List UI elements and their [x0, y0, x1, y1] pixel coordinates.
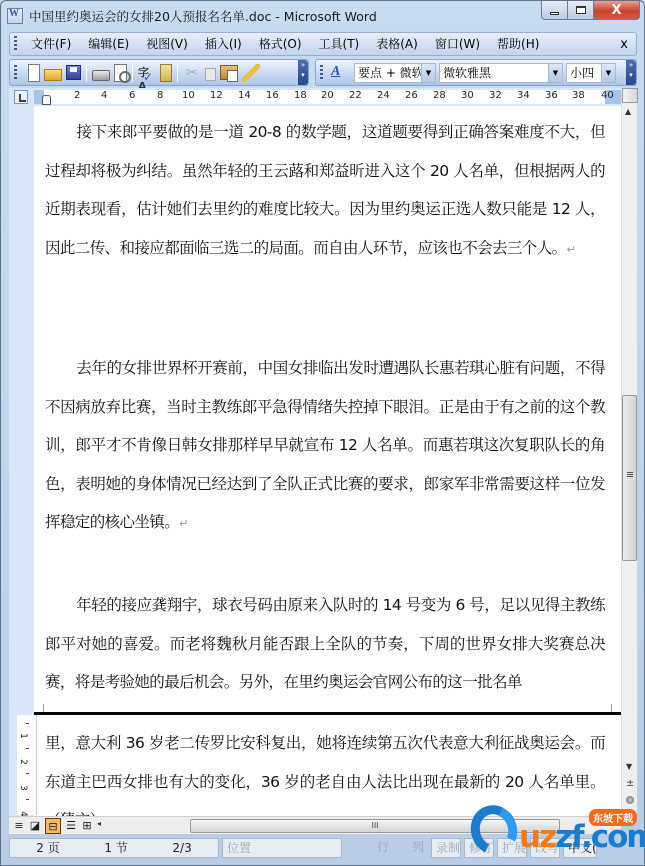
ruler-number: 22	[349, 90, 362, 101]
menu-help[interactable]: 帮助(H)	[489, 34, 548, 54]
title-bar: 中国里约奥运会的女排20人预报名名单.doc - Microsoft Word …	[1, 1, 644, 31]
document-page[interactable]: 接下来郎平要做的是一道 20-8 的数学题，这道题要得到正确答案难度不大，但过程…	[34, 106, 621, 816]
ruler-number: 24	[377, 90, 390, 101]
ruler-number: 12	[210, 90, 223, 101]
scroll-down-icon[interactable]: ▼	[626, 762, 632, 771]
menu-bar: 文件(F) 编辑(E) 视图(V) 插入(I) 格式(O) 工具(T) 表格(A…	[9, 32, 637, 56]
status-position: 位置	[222, 838, 342, 858]
styles-formatting-icon[interactable]: A	[331, 64, 349, 82]
vertical-scrollbar[interactable]: ▲ ▼ ± ▾	[621, 88, 637, 816]
toolbar-options-chevron[interactable]: »▾	[298, 60, 308, 85]
paragraph-mark: ↵	[567, 243, 576, 256]
ruler-number: 4	[101, 90, 107, 101]
font-size-value: 小四	[567, 64, 594, 81]
next-page-icon[interactable]: ▾	[626, 809, 630, 818]
split-box[interactable]	[622, 88, 638, 103]
font-combo[interactable]: 微软雅黑 ▼	[439, 63, 563, 83]
vertical-ruler[interactable]: 1 2 3 4	[17, 715, 37, 815]
page-break-line	[34, 712, 621, 715]
normal-view-button[interactable]: ≡	[11, 818, 27, 834]
print-icon[interactable]	[92, 70, 110, 81]
status-page-info: 2 页 1 节 2/3	[9, 838, 219, 858]
close-document-button[interactable]: x	[620, 37, 628, 52]
web-layout-view-button[interactable]: ◪	[27, 818, 43, 834]
status-track-changes[interactable]: 修订	[464, 838, 494, 858]
font-size-combo[interactable]: 小四 ▼	[566, 63, 616, 83]
horizontal-ruler[interactable]: 2 4 6 8 10 12 14 16 18 20 22 24 26 28 30…	[9, 88, 621, 106]
ruler-number: 34	[517, 90, 530, 101]
font-value: 微软雅黑	[440, 64, 491, 81]
paragraph[interactable]: 年轻的接应龚翔宇，球衣号码由原来入队时的 14 号变为 6 号，足以见得主教练郎…	[45, 586, 605, 704]
paragraph-text: 去年的女排世界杯开赛前，中国女排临出发时遭遇队长惠若琪心脏有问题，不得不因病放弃…	[45, 359, 605, 531]
ruler-tick	[26, 799, 29, 800]
ruler-number: 18	[294, 90, 307, 101]
research-icon[interactable]	[160, 64, 172, 82]
status-page: 2 页	[36, 839, 59, 857]
new-document-icon[interactable]	[28, 64, 40, 82]
paragraph-text: 年轻的接应龚翔宇，球衣号码由原来入队时的 14 号变为 6 号，足以见得主教练郎…	[45, 596, 605, 691]
minimize-button[interactable]	[541, 1, 568, 20]
toolbar-separator	[177, 64, 178, 82]
ruler-number: 10	[182, 90, 195, 101]
paragraph-mark: ↵	[179, 517, 188, 530]
status-column: 列	[396, 838, 428, 858]
status-extend[interactable]: 扩展	[497, 838, 527, 858]
status-line: 行	[345, 838, 393, 858]
toolbar-options-chevron[interactable]: »▾	[626, 60, 636, 85]
paragraph-text: 接下来郎平要做的是一道 20-8 的数学题，这道题要得到正确答案难度不大，但过程…	[45, 123, 605, 257]
vertical-scroll-thumb[interactable]	[622, 395, 637, 561]
ruler-tick	[26, 723, 29, 724]
open-folder-icon[interactable]	[44, 69, 62, 81]
word-window: 中国里约奥运会的女排20人预报名名单.doc - Microsoft Word …	[0, 0, 645, 866]
status-record-macro[interactable]: 录制	[431, 838, 461, 858]
ruler-tick	[26, 773, 29, 774]
status-page-count: 2/3	[172, 839, 191, 857]
maximize-button[interactable]	[568, 1, 594, 20]
menu-file[interactable]: 文件(F)	[23, 34, 80, 54]
cut-icon[interactable]: ✂	[183, 64, 201, 82]
spelling-icon[interactable]: 字A	[138, 64, 156, 82]
view-and-hscroll-bar: ≡ ◪ ⊟ ☰ ⊞ ◂ III	[9, 816, 621, 834]
chevron-down-icon[interactable]: ▼	[421, 64, 435, 82]
toolbar-row: 字A ✂ »▾ A 要点 + 微软 ▼ 微软雅黑 ▼ 小四 ▼ »	[9, 59, 637, 87]
print-preview-icon[interactable]	[114, 64, 127, 82]
ruler-number: 26	[405, 90, 418, 101]
ruler-number: 16	[266, 90, 279, 101]
menu-window[interactable]: 窗口(W)	[427, 34, 489, 54]
ruler-number: 30	[461, 90, 474, 101]
previous-page-icon[interactable]: ±	[626, 778, 634, 789]
chevron-down-icon[interactable]: ▼	[601, 64, 615, 82]
horizontal-scroll-thumb[interactable]: III	[190, 819, 560, 833]
ruler-number: 40	[601, 90, 614, 101]
maximize-icon	[576, 6, 586, 14]
minimize-icon	[550, 12, 559, 15]
menu-table[interactable]: 表格(A)	[368, 34, 427, 54]
toolbar-separator	[86, 64, 87, 82]
scroll-left-icon[interactable]: ◂	[97, 819, 101, 828]
ruler-number: 6	[129, 90, 135, 101]
toolbar-separator	[132, 64, 133, 82]
menubar-grip[interactable]	[14, 36, 17, 52]
tab-selector-icon[interactable]	[14, 90, 28, 104]
status-section: 1 节	[104, 839, 127, 857]
reading-layout-view-button[interactable]: ⊞	[79, 818, 95, 834]
style-value: 要点 + 微软	[355, 64, 424, 81]
left-indent-marker[interactable]	[42, 95, 51, 105]
ruler-tick	[26, 748, 29, 749]
menu-format[interactable]: 格式(O)	[251, 34, 311, 54]
ruler-number: 32	[489, 90, 502, 101]
menu-edit[interactable]: 编辑(E)	[80, 34, 138, 54]
scroll-up-icon[interactable]: ▲	[625, 107, 631, 116]
select-browse-object-icon[interactable]	[626, 796, 634, 804]
ruler-number: 14	[238, 90, 251, 101]
save-icon[interactable]	[66, 65, 81, 80]
chevron-down-icon[interactable]: ▼	[548, 64, 562, 82]
ruler-scale[interactable]: 2 4 6 8 10 12 14 16 18 20 22 24 26 28 30…	[34, 90, 621, 104]
paragraph[interactable]: 里，意大利 36 岁老二传罗比安科复出，她将连续第五次代表意大利征战奥运会。而东…	[45, 724, 605, 816]
print-layout-view-button[interactable]: ⊟	[45, 818, 61, 834]
ruler-number: 36	[545, 90, 558, 101]
ruler-number: 20	[321, 90, 334, 101]
close-button[interactable]: X	[594, 1, 640, 20]
window-title: 中国里约奥运会的女排20人预报名名单.doc - Microsoft Word	[29, 7, 377, 25]
document-area[interactable]: 接下来郎平要做的是一道 20-8 的数学题，这道题要得到正确答案难度不大，但过程…	[9, 106, 621, 816]
ruler-number: 28	[433, 90, 446, 101]
menu-view[interactable]: 视图(V)	[138, 34, 197, 54]
paste-icon[interactable]	[220, 65, 238, 80]
style-combo[interactable]: 要点 + 微软 ▼	[354, 63, 436, 83]
outline-view-button[interactable]: ☰	[63, 818, 79, 834]
copy-icon[interactable]	[205, 68, 216, 81]
word-document-icon	[7, 8, 23, 24]
paragraph[interactable]: 接下来郎平要做的是一道 20-8 的数学题，这道题要得到正确答案难度不大，但过程…	[45, 113, 605, 269]
ruler-number: 1	[18, 733, 28, 739]
toolbar-grip[interactable]	[320, 65, 323, 81]
status-bar: 2 页 1 节 2/3 位置 行 列 录制 修订 扩展 改写 中文(中	[9, 836, 637, 860]
status-overtype[interactable]: 改写	[530, 838, 560, 858]
paragraph[interactable]: 去年的女排世界杯开赛前，中国女排临出发时遭遇队长惠若琪心脏有问题，不得不因病放弃…	[45, 349, 605, 544]
menu-tools[interactable]: 工具(T)	[311, 34, 369, 54]
menu-insert[interactable]: 插入(I)	[197, 34, 251, 54]
format-painter-icon[interactable]	[242, 64, 260, 82]
window-controls: X	[541, 1, 640, 20]
standard-toolbar: 字A ✂ »▾	[9, 59, 309, 86]
status-language[interactable]: 中文(中	[563, 838, 597, 858]
toolbar-grip[interactable]	[14, 65, 17, 81]
ruler-number: 38	[572, 90, 585, 101]
formatting-toolbar: A 要点 + 微软 ▼ 微软雅黑 ▼ 小四 ▼ »▾	[315, 59, 637, 86]
ruler-number: 2	[18, 759, 28, 765]
ruler-number: 8	[157, 90, 163, 101]
ruler-number: 3	[18, 785, 28, 791]
ruler-number: 2	[74, 90, 80, 101]
paragraph-text: 里，意大利 36 岁老二传罗比安科复出，她将连续第五次代表意大利征战奥运会。而东…	[45, 734, 605, 816]
